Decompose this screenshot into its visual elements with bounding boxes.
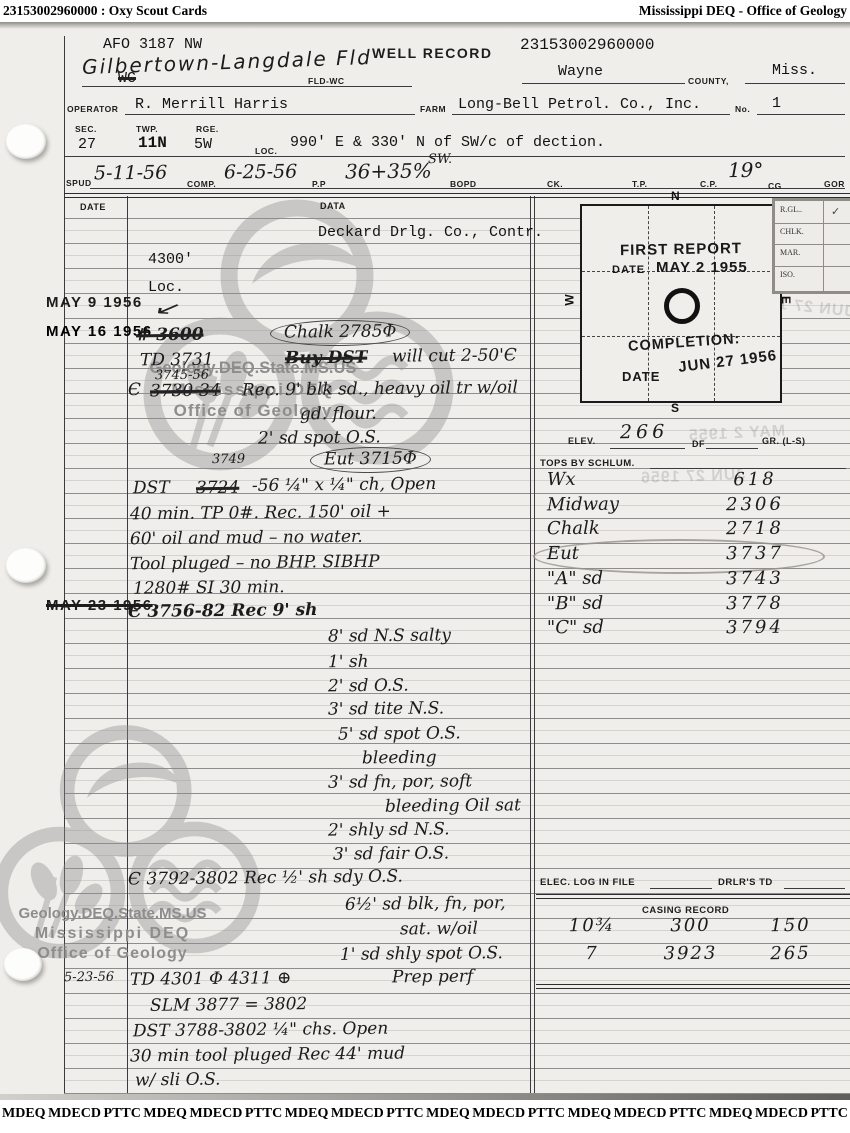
formation-top-depth: 3737 [700, 545, 810, 564]
completion-date: JUN 27 1956 [677, 348, 777, 375]
elec-log-underline [650, 888, 712, 889]
ledger-hand-entry: 6½' sd blk, fn, por, [345, 895, 506, 914]
operator-underline [125, 114, 415, 115]
ruled-line [64, 668, 850, 669]
footer-token: MDECD [331, 1106, 384, 1122]
compass-east-label: E [780, 296, 792, 304]
ruled-line [64, 718, 850, 719]
bopd-label: BOPD [450, 180, 477, 189]
ruled-line-faint [64, 655, 850, 656]
ledger-hand-entry: 2' sd spot O.S. [258, 429, 381, 447]
compass-south-label: S [671, 402, 679, 414]
first-report-date: MAY 2 1955 [656, 260, 748, 275]
ruled-line [64, 693, 850, 694]
farm-label: FARM [420, 105, 446, 114]
formation-top-depth: 2718 [700, 520, 810, 539]
ck-label: CK. [547, 180, 563, 189]
rge-value: 5W [194, 136, 212, 153]
mini-table-divider [823, 201, 824, 291]
scanned-well-record-page: 23153002960000 : Oxy Scout Cards Mississ… [0, 0, 850, 1133]
cg-label: CG [768, 182, 782, 191]
ledger-hand-entry: 2' sd O.S. [328, 678, 409, 696]
county-label: COUNTY, [688, 77, 729, 86]
ledger-hand-entry: Є [128, 382, 141, 399]
footer-token: MDEQ [709, 1106, 753, 1122]
punch-hole [6, 548, 46, 583]
ruled-line [64, 1018, 850, 1019]
ledger-hand-entry: Rec. 9' blk sd., heavy oil tr w/oil [242, 380, 518, 400]
county-underline [522, 83, 685, 84]
operator-label: OPERATOR [67, 105, 118, 114]
loc-label: LOC. [255, 147, 277, 156]
formation-top-name: "B" sd [547, 594, 603, 613]
ledger-hand-entry: 3749 [212, 453, 245, 466]
casing-end-double-line-1 [536, 984, 850, 985]
ruled-line-faint [64, 680, 850, 681]
elec-log-label: ELEC. LOG IN FILE [540, 878, 635, 888]
well-record-title: WELL RECORD [372, 46, 492, 60]
footer-token: PTTC [386, 1106, 423, 1122]
ledger-hand-entry: DST [133, 480, 170, 497]
farm-value: Long-Bell Petrol. Co., Inc. [458, 96, 701, 113]
wc-struck: WC [118, 70, 136, 87]
mini-table-row-label: R.GL.. [780, 205, 802, 214]
ledger-hand-entry: TD 4301 Φ 4311 ⊕ [130, 970, 291, 989]
pp-note: SW. [428, 153, 452, 166]
casing-cell: 10¾ [552, 917, 632, 936]
well-location-circle [664, 288, 700, 324]
ledger-hand-entry: 3' sd tite N.S. [328, 700, 444, 718]
footer-token: MDECD [472, 1106, 525, 1122]
footer-token: PTTC [669, 1106, 706, 1122]
loc-value: 990' E & 330' N of SW/c of dection. [290, 134, 605, 151]
date-column-header: DATE [80, 203, 106, 212]
ledger-hand-entry: ↙ [152, 296, 185, 319]
no-underline [757, 114, 845, 115]
mini-table-row-label: CHLK. [780, 227, 804, 236]
spud-label: SPUD [66, 179, 92, 188]
formation-top-name: Chalk [547, 520, 600, 539]
elev-label: ELEV. [568, 437, 596, 446]
farm-underline [452, 114, 730, 115]
first-report-stamp: FIRST REPORT [620, 241, 742, 258]
state-underline [745, 83, 845, 84]
formation-top-name: Wx [547, 471, 576, 489]
casing-cell: 3923 [638, 944, 743, 963]
ledger-hand-entry: 1280# SI 30 min. [133, 579, 285, 598]
checkmark: ✓ [831, 205, 840, 218]
mini-table-row-label: ISO. [780, 270, 795, 279]
ledger-typed-entry: 4300' [148, 251, 193, 268]
twp-value: 11N [138, 134, 167, 152]
casing-double-line-2 [536, 898, 850, 899]
ledger-hand-entry: Buy DST [285, 350, 367, 368]
tp-label: T.P. [632, 180, 648, 189]
ledger-hand-entry: 1' sh [328, 654, 369, 671]
ledger-hand-entry: 1' sd shly spot O.S. [340, 945, 503, 964]
footer-token: MDEQ [426, 1106, 470, 1122]
ledger-hand-entry: 30 min tool pluged Rec 44' mud [130, 1046, 405, 1066]
footer-token: MDECD [48, 1106, 101, 1122]
cp-label: C.P. [700, 180, 717, 189]
tops-label: TOPS BY SCHLUM. [540, 459, 635, 469]
ledger-hand-entry: w/ sli O.S. [135, 1072, 221, 1090]
footer-token: PTTC [245, 1106, 282, 1122]
ruled-line [64, 1043, 850, 1044]
formation-top-name: Eut [547, 545, 579, 563]
ledger-hand-entry: 3' sd fair O.S. [333, 845, 449, 863]
formation-top-depth: 3743 [700, 569, 810, 588]
ledger-typed-entry: Deckard Drlg. Co., Contr. [318, 224, 543, 241]
compass-west-label: W [564, 294, 576, 305]
punch-hole [6, 124, 46, 159]
ledger-hand-entry: 3724 [196, 480, 239, 497]
twp-label: TWP. [136, 125, 158, 134]
elev-value: 266 [620, 423, 668, 443]
footer-token: MDEQ [568, 1106, 612, 1122]
ruled-line [64, 1093, 850, 1094]
df-underline [706, 448, 758, 449]
ledger-hand-entry: TD 3731 [140, 352, 214, 370]
casing-cell: 7 [552, 945, 632, 964]
data-column-header: DATA [320, 202, 346, 211]
cp-value: 19° [728, 160, 764, 180]
mini-table-row-label: MAR. [780, 248, 800, 257]
compass-north-label: N [671, 190, 680, 202]
ledger-hand-entry: Є 3792-3802 Rec ½' sh sdy O.S. [128, 869, 403, 889]
api-number: 23153002960000 [520, 36, 654, 54]
location-plat-box: FIRST REPORT DATE MAY 2 1955 COMPLETION:… [580, 204, 782, 403]
casing-cell: 265 [748, 945, 833, 964]
ledger-hand-entry: 5' sd spot O.S. [338, 725, 461, 743]
well-no-value: 1 [772, 95, 781, 112]
ledger-hand-entry: gd. flour. [300, 406, 377, 424]
gor-label: GOR [824, 180, 845, 189]
ledger-hand-entry: # 3600 [136, 327, 204, 345]
footer-token: PTTC [528, 1106, 565, 1122]
gr-label: GR. (L-S) [762, 437, 806, 446]
ledger-typed-entry: Loc. [148, 279, 184, 296]
ledger-hand-entry: Tool pluged – no BHP. SIBHP [130, 554, 380, 574]
ledger-hand-entry: will cut 2-50'Є [392, 347, 517, 365]
first-report-date-label: DATE [612, 265, 645, 276]
ledger-hand-entry: -56 ¼" x ¼" ch, Open [252, 476, 436, 495]
ledger-hand-entry: 3' sd fn, por, soft [328, 773, 472, 792]
casing-double-line-1 [536, 894, 850, 895]
punch-hole [4, 948, 42, 981]
mini-table-row-line [775, 244, 850, 245]
stratigraphy-checkbox-table: R.GL..CHLK.MAR.ISO. ✓ [772, 198, 850, 294]
ledger-hand-entry: sat. w/oil [400, 921, 478, 939]
header-double-line-1 [64, 193, 850, 194]
drlrs-td-label: DRLR'S TD [718, 878, 773, 888]
data-column-divider-1 [530, 196, 531, 1093]
footer-token: MDEQ [285, 1106, 329, 1122]
county-value: Wayne [558, 63, 603, 80]
comp-label: COMP. [187, 180, 216, 189]
no-label: No. [735, 105, 750, 114]
ledger-hand-entry: bleeding Oil sat [385, 797, 521, 815]
date-stamp: MAY 9 1956 [46, 295, 143, 310]
ledger-hand-entry: DST 3788-3802 ¼" chs. Open [133, 1021, 388, 1041]
formation-top-depth: 3794 [700, 619, 810, 638]
fld-wc-label: FLD-WC [308, 77, 345, 86]
plat-grid-line [714, 206, 715, 401]
ruled-line [64, 993, 850, 994]
card-top-edge [0, 22, 850, 29]
ledger-hand-entry: 8' sd N.S salty [328, 627, 451, 645]
formation-top-depth: 3778 [700, 594, 810, 613]
ledger-hand-entry: 2' shly sd N.S. [328, 821, 450, 839]
footer-token: MDECD [755, 1106, 808, 1122]
footer-token: PTTC [104, 1106, 141, 1122]
ledger-hand-entry: 60' oil and mud – no water. [130, 529, 363, 548]
ruled-line-faint [64, 705, 850, 706]
formation-top-name: Midway [547, 495, 619, 514]
ledger-hand-entry: 3730-34 [150, 383, 221, 401]
footer-token: PTTC [810, 1106, 847, 1122]
ledger-hand-entry: 5-23-56 [64, 971, 114, 985]
sec-label: SEC. [75, 125, 97, 134]
casing-cell: 150 [748, 917, 833, 936]
formation-top-depth: 618 [700, 470, 810, 489]
formation-top-name: "A" sd [547, 570, 603, 589]
formation-top-depth: 2306 [700, 495, 810, 514]
mini-table-row-line [775, 266, 850, 267]
card-bottom-edge [0, 1094, 850, 1100]
pp-value: 36+35% [345, 161, 432, 182]
page-header-right: Mississippi DEQ - Office of Geology [639, 3, 847, 19]
data-column-divider-2 [534, 196, 535, 1093]
ledger-hand-entry: Є 3756-82 Rec 9' sh [128, 602, 318, 621]
casing-cell: 300 [638, 916, 743, 935]
ledger-hand-entry: bleeding [362, 750, 437, 768]
completion-date-label: DATE [622, 370, 660, 383]
state-value: Miss. [772, 62, 817, 79]
mini-table-row-line [775, 223, 850, 224]
operator-value: R. Merrill Harris [135, 96, 288, 113]
spud-value: 5-11-56 [94, 164, 167, 184]
footer-watermark-row: MDEQMDECDPTTCMDEQMDECDPTTCMDEQMDECDPTTCM… [2, 1106, 848, 1122]
rge-label: RGE. [196, 125, 219, 134]
df-label: DF [692, 440, 705, 449]
sec-value: 27 [78, 136, 96, 153]
ledger-hand-entry: 40 min. TP 0#. Rec. 150' oil + [130, 504, 391, 524]
footer-token: MDEQ [2, 1106, 46, 1122]
ledger-hand-entry: SLM 3877 = 3802 [150, 996, 307, 1015]
ruled-line [64, 1068, 850, 1069]
ruled-line [64, 643, 850, 644]
formation-top-name: "C" sd [547, 619, 604, 638]
drlrs-td-underline [784, 888, 845, 889]
loc-underline [65, 156, 845, 157]
comp-value: 6-25-56 [224, 163, 297, 183]
casing-end-double-line-2 [536, 988, 850, 989]
ledger-hand-entry: Prep perf [392, 969, 473, 987]
page-header-left: 23153002960000 : Oxy Scout Cards [3, 3, 207, 19]
footer-token: MDEQ [143, 1106, 187, 1122]
pp-label: P.P [312, 180, 326, 189]
footer-token: MDECD [189, 1106, 242, 1122]
elev-underline [610, 448, 685, 449]
footer-token: MDECD [614, 1106, 667, 1122]
